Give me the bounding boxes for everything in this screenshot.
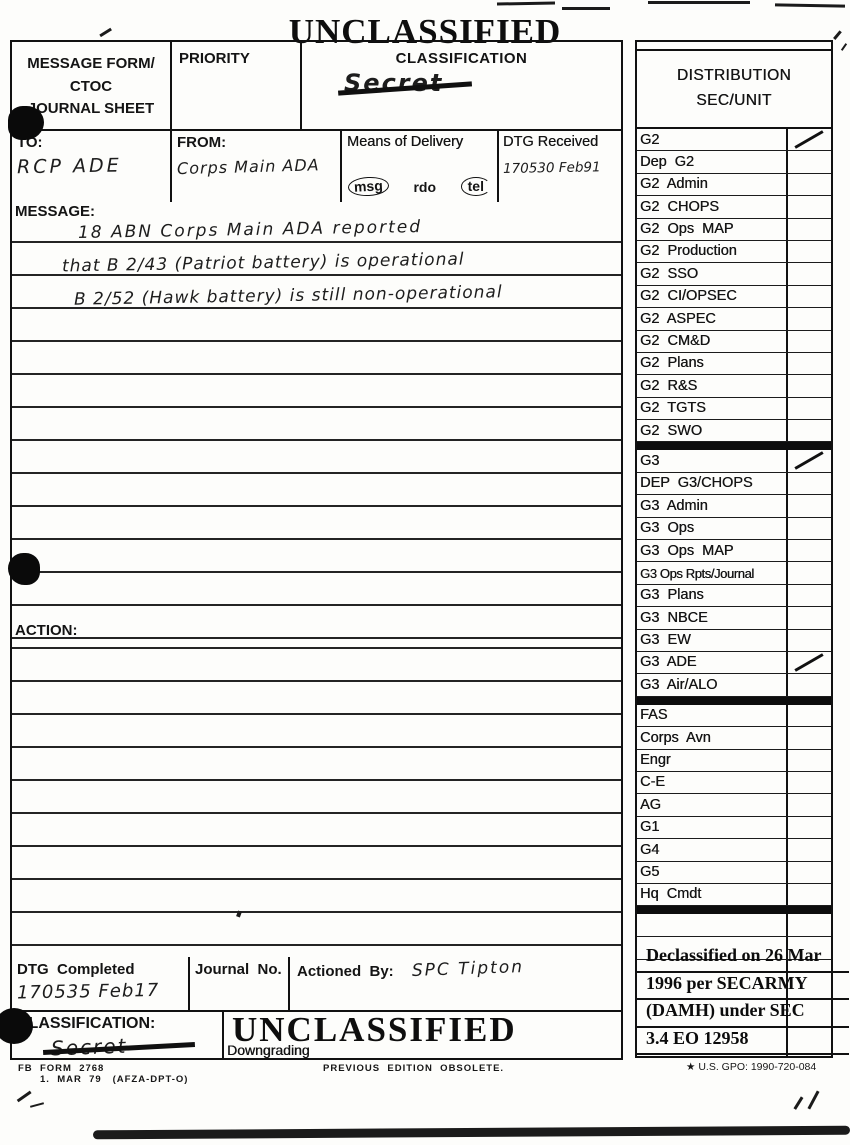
scan-artifact [562,7,610,10]
action-label: ACTION: [15,622,78,639]
distribution-row: G2 CI/OPSEC [637,286,831,308]
distribution-check-cell [786,862,831,883]
scan-artifact [775,3,845,7]
action-rule-line [12,814,621,847]
distribution-check-cell [786,607,831,628]
distribution-row [637,914,831,937]
bottom-classification-cell: CLASSIFICATION: Secret [12,1012,224,1058]
scan-artifact [648,1,750,4]
form-number: FB FORM 2768 [18,1063,104,1074]
distribution-check-cell [786,353,831,374]
action-rule-line [12,781,621,814]
distribution-check-cell [786,286,831,307]
means-option-msg-circled: msg [348,176,390,197]
distribution-check-cell [786,196,831,217]
declass-line: (DAMH) under SEC [637,1000,849,1028]
message-line-3: B 2/52 (Hawk battery) is still non-opera… [74,282,503,309]
bottom-classification-label: CLASSIFICATION: [17,1015,217,1033]
to-value: RCP ADE [17,154,165,179]
action-label-row: ACTION: [12,615,621,649]
distribution-row: G3 Plans [637,585,831,607]
distribution-row-label [637,914,786,936]
gpo-note: ★ U.S. GPO: 1990-720-084 [686,1061,816,1073]
distribution-row-label: G2 SWO [637,420,786,441]
action-rule-line [12,913,621,946]
distribution-check-cell [786,727,831,748]
distribution-row: G2 ASPEC [637,308,831,330]
distribution-row: G2 Ops MAP [637,219,831,241]
distribution-check-cell [786,263,831,284]
distribution-row: G2 CHOPS [637,196,831,218]
distribution-row: Engr [637,750,831,772]
distribution-check-cell [786,473,831,494]
distribution-check-cell [786,652,831,673]
classification-label: CLASSIFICATION [396,50,528,67]
section-divider [637,697,831,705]
journal-no-cell: Journal No. [190,957,290,1010]
message-rule-line: B 2/52 (Hawk battery) is still non-opera… [12,276,621,309]
scan-artifact [17,1091,32,1102]
declass-line: 1996 per SECARMY [637,973,849,1001]
distribution-row: G1 [637,817,831,839]
from-cell: FROM: Corps Main ADA [172,131,342,202]
distribution-check-cell [786,884,831,905]
distribution-check-cell [786,630,831,651]
dtg-completed-cell: DTG Completed 170535 Feb17 [12,957,190,1010]
journal-no-label: Journal No. [195,961,283,978]
distribution-row: AG [637,794,831,816]
means-options: msg rdo tel [348,177,491,196]
distribution-row-label: G3 Ops MAP [637,540,786,561]
distribution-check-cell [786,129,831,150]
distribution-row-label: G3 ADE [637,652,786,673]
distribution-check-cell [786,375,831,396]
distribution-row-label: AG [637,794,786,815]
distribution-row: G2 Production [637,241,831,263]
distribution-row: G3 Admin [637,495,831,517]
scan-artifact [497,1,555,5]
distribution-row-label: G2 ASPEC [637,308,786,329]
action-rule-line [12,682,621,715]
form-address-row: TO: RCP ADE FROM: Corps Main ADA Means o… [12,131,621,202]
distribution-check-cell [786,331,831,352]
distribution-check-cell [786,750,831,771]
actioned-by-label: Actioned By: [297,963,394,980]
distribution-row-label: FAS [637,705,786,726]
distribution-row: G2 [637,129,831,151]
check-slash-mark [794,130,823,149]
actioned-by-cell: Actioned By: SPC Tipton [290,957,621,1010]
distribution-row: G3 ADE [637,652,831,674]
priority-label: PRIORITY [179,50,250,67]
message-form: MESSAGE FORM/ CTOC JOURNAL SHEET PRIORIT… [10,40,623,1060]
distribution-row: G2 SWO [637,420,831,442]
distribution-check-cell [786,794,831,815]
message-rule-line [12,408,621,441]
message-rule-line [12,309,621,342]
distribution-row-label: G2 TGTS [637,398,786,419]
action-section: ACTION: [12,615,621,977]
distribution-check-cell [786,540,831,561]
distribution-check-cell [786,151,831,172]
message-rule-line [12,375,621,408]
distribution-row-label: G3 Ops [637,518,786,539]
distribution-row: G3 EW [637,630,831,652]
check-slash-mark [794,653,823,672]
scan-artifact [30,1102,44,1108]
message-line-1: 18 ABN Corps Main ADA reported [78,217,422,243]
distribution-row: G2 SSO [637,263,831,285]
declass-line: Declassified on 26 Mar [637,945,849,973]
to-label: TO: [17,134,165,151]
form-number-line2: 1. MAR 79 (AFZA-DPT-O) [40,1074,188,1085]
distribution-check-cell [786,914,831,936]
distribution-table: DISTRIBUTION SEC/UNIT G2Dep G2G2 AdminG2… [635,40,833,1058]
classification-handwritten: Secret [344,69,443,97]
distribution-check-cell [786,585,831,606]
section-divider [637,906,831,914]
dtg-completed-value: 170535 Feb17 [17,980,183,1004]
message-label-row: MESSAGE: 18 ABN Corps Main ADA reported [12,200,621,243]
distribution-row-label: G5 [637,862,786,883]
distribution-row: G2 Plans [637,353,831,375]
distribution-row: DEP G3/CHOPS [637,473,831,495]
distribution-row: G3 [637,450,831,472]
distribution-row-label: Dep G2 [637,151,786,172]
action-rule-line [12,880,621,913]
distribution-check-cell [786,674,831,695]
distribution-row-label: G2 Admin [637,174,786,195]
distribution-row: G3 Ops MAP [637,540,831,562]
to-cell: TO: RCP ADE [12,131,172,202]
distribution-row-label: G3 Admin [637,495,786,516]
distribution-top-strip [637,42,831,51]
distribution-check-cell [786,450,831,471]
distribution-row: Dep G2 [637,151,831,173]
message-rule-line [12,342,621,375]
distribution-row: Hq Cmdt [637,884,831,906]
distribution-row: G3 Ops Rpts/Journal [637,562,831,584]
form-header-row: MESSAGE FORM/ CTOC JOURNAL SHEET PRIORIT… [12,42,621,131]
action-rule-line [12,748,621,781]
distribution-row: G2 CM&D [637,331,831,353]
message-line-2: that B 2/43 (Patriot battery) is operati… [62,249,465,276]
message-section: MESSAGE: 18 ABN Corps Main ADA reported … [12,200,621,639]
section-divider [637,442,831,450]
distribution-check-cell [786,518,831,539]
distribution-row: C-E [637,772,831,794]
distribution-row-label: Corps Avn [637,727,786,748]
distribution-check-cell [786,495,831,516]
distribution-row-label: G2 SSO [637,263,786,284]
distribution-row: G3 Ops [637,518,831,540]
distribution-row: G2 R&S [637,375,831,397]
distribution-header: DISTRIBUTION SEC/UNIT [637,51,831,129]
distribution-row-label: G3 Plans [637,585,786,606]
distribution-row-label: Engr [637,750,786,771]
bottom-classification-row: CLASSIFICATION: Secret UNCLASSIFIED Down… [12,1012,621,1058]
distribution-check-cell [786,241,831,262]
distribution-check-cell [786,420,831,441]
distribution-check-cell [786,308,831,329]
scanned-journal-sheet: UNCLASSIFIED MESSAGE FORM/ CTOC JOURNAL … [0,0,850,1145]
distribution-row: FAS [637,705,831,727]
previous-edition-note: PREVIOUS EDITION OBSOLETE. [323,1063,504,1074]
distribution-row-label: G4 [637,839,786,860]
dtg-received-value: 170530 Feb91 [503,159,617,177]
distribution-row-label: C-E [637,772,786,793]
classification-cell: CLASSIFICATION Secret [302,42,621,129]
distribution-row-label: G2 Plans [637,353,786,374]
distribution-check-cell [786,219,831,240]
distribution-check-cell [786,817,831,838]
distribution-row-label: G1 [637,817,786,838]
priority-cell: PRIORITY [172,42,302,129]
distribution-check-cell [786,562,831,583]
distribution-row-label: G2 [637,129,786,150]
dtg-received-cell: DTG Received 170530 Feb91 [499,131,621,202]
distribution-row-label: G3 Air/ALO [637,674,786,695]
downgrading-label: Downgrading [227,1042,310,1058]
scan-artifact [793,1096,803,1109]
means-option-tel-circled: tel [461,177,491,196]
distribution-check-cell [786,772,831,793]
means-option-rdo: rdo [413,179,436,195]
means-of-delivery-cell: Means of Delivery msg rdo tel [342,131,499,202]
distribution-row: G2 TGTS [637,398,831,420]
distribution-row: G4 [637,839,831,861]
message-rule-line [12,540,621,573]
distribution-row: Corps Avn [637,727,831,749]
action-rule-line [12,649,621,682]
completion-row: DTG Completed 170535 Feb17 Journal No. A… [12,957,621,1012]
bottom-classification-handwritten: Secret [17,1033,127,1059]
distribution-check-cell [786,705,831,726]
distribution-row-label: G2 CI/OPSEC [637,286,786,307]
distribution-row-label: G3 Ops Rpts/Journal [637,562,786,583]
distribution-row-label: G2 Production [637,241,786,262]
distribution-row-label: Hq Cmdt [637,884,786,905]
distribution-row-label: G3 NBCE [637,607,786,628]
distribution-rows: G2Dep G2G2 AdminG2 CHOPSG2 Ops MAPG2 Pro… [637,129,831,1058]
downgrading-cell: UNCLASSIFIED Downgrading [224,1012,621,1058]
distribution-row-label: G2 CHOPS [637,196,786,217]
message-rule-line [12,441,621,474]
distribution-check-cell [786,174,831,195]
message-rule-line [12,474,621,507]
distribution-row: G3 Air/ALO [637,674,831,696]
distribution-row-label: G3 [637,450,786,471]
message-rule-line [12,507,621,540]
distribution-row: G5 [637,862,831,884]
distribution-row-label: G2 CM&D [637,331,786,352]
distribution-row-label: G2 Ops MAP [637,219,786,240]
message-rule-line [12,573,621,606]
action-rule-line [12,715,621,748]
action-rule-line [12,847,621,880]
distribution-check-cell [786,398,831,419]
distribution-row: G3 NBCE [637,607,831,629]
means-label: Means of Delivery [347,134,492,150]
check-slash-mark [794,452,823,471]
actioned-by-value: SPC Tipton [412,957,525,981]
declass-line: 3.4 EO 12958 [637,1028,849,1056]
scan-artifact-bottom-bar [93,1126,850,1140]
message-rule-line: that B 2/43 (Patriot battery) is operati… [12,243,621,276]
scan-artifact [807,1090,819,1109]
distribution-row-label: G2 R&S [637,375,786,396]
distribution-check-cell [786,839,831,860]
hole-punch [8,553,40,585]
dtg-completed-label: DTG Completed [17,961,183,978]
declassification-stamp: Declassified on 26 Mar 1996 per SECARMY … [637,945,849,1055]
from-value: Corps Main ADA [177,155,335,178]
from-label: FROM: [177,134,335,151]
distribution-row-label: DEP G3/CHOPS [637,473,786,494]
distribution-row-label: G3 EW [637,630,786,651]
distribution-row: G2 Admin [637,174,831,196]
message-label: MESSAGE: [15,203,95,220]
dtg-received-label: DTG Received [503,134,617,150]
